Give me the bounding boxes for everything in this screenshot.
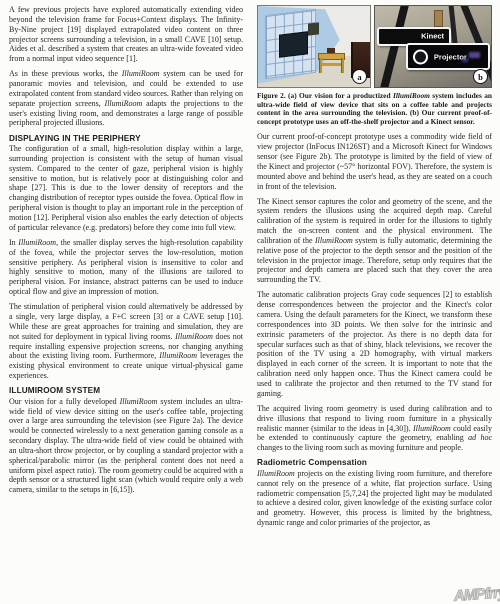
lens-glint [469, 52, 480, 58]
paragraph: Our current proof-of-concept prototype u… [257, 132, 492, 191]
section-heading-illumiroom-system: ILLUMIROOM SYSTEM [9, 386, 243, 395]
kinect-label: Kinect [421, 32, 444, 41]
paragraph: The automatic calibration projects Gray … [257, 290, 492, 398]
paragraph: In IllumiRoom, the smaller display serve… [9, 238, 243, 297]
projector-lens [413, 49, 428, 64]
figure-2: a Kinect Projector b [257, 5, 492, 88]
table-leg [319, 58, 322, 74]
section-heading-radiometric-compensation: Radiometric Compensation [257, 458, 492, 467]
paragraph: The stimulation of peripheral vision cou… [9, 302, 243, 381]
render-television [279, 31, 308, 58]
paragraph: The configuration of a small, high-resol… [9, 144, 243, 233]
projector-device: Projector [406, 43, 490, 70]
paragraph: IllumiRoom projects on the existing livi… [257, 469, 492, 528]
paragraph: A few previous projects have explored au… [9, 5, 243, 64]
figure-2a-living-room-render: a [257, 5, 371, 88]
section-heading-displaying-in-the-periphery: DISPLAYING IN THE PERIPHERY [9, 134, 243, 143]
paragraph: The acquired living room geometry is use… [257, 404, 492, 453]
table-shelf [321, 63, 344, 66]
render-coffee-table [318, 47, 345, 74]
right-column: a Kinect Projector b Figure 2 [257, 5, 492, 533]
table-leg [341, 58, 344, 74]
render-shelf-object [308, 22, 319, 36]
left-column: A few previous projects have explored au… [9, 5, 243, 500]
paper-page: A few previous projects have explored au… [0, 0, 500, 604]
paragraph: As in these previous works, the IllumiRo… [9, 69, 243, 128]
subfigure-a-badge: a [352, 69, 367, 84]
paragraph: Our vision for a fully developed IllumiR… [9, 397, 243, 495]
watermark: AMPfrry [453, 584, 500, 604]
paragraph: The Kinect sensor captures the color and… [257, 197, 492, 286]
brass-mount [434, 10, 443, 27]
figure-2-caption: Figure 2. (a) Our vision for a productiz… [257, 92, 492, 127]
lens-glint [462, 58, 468, 62]
figure-2b-prototype-photo: Kinect Projector b [374, 5, 492, 88]
subfigure-b-badge: b [473, 69, 488, 84]
